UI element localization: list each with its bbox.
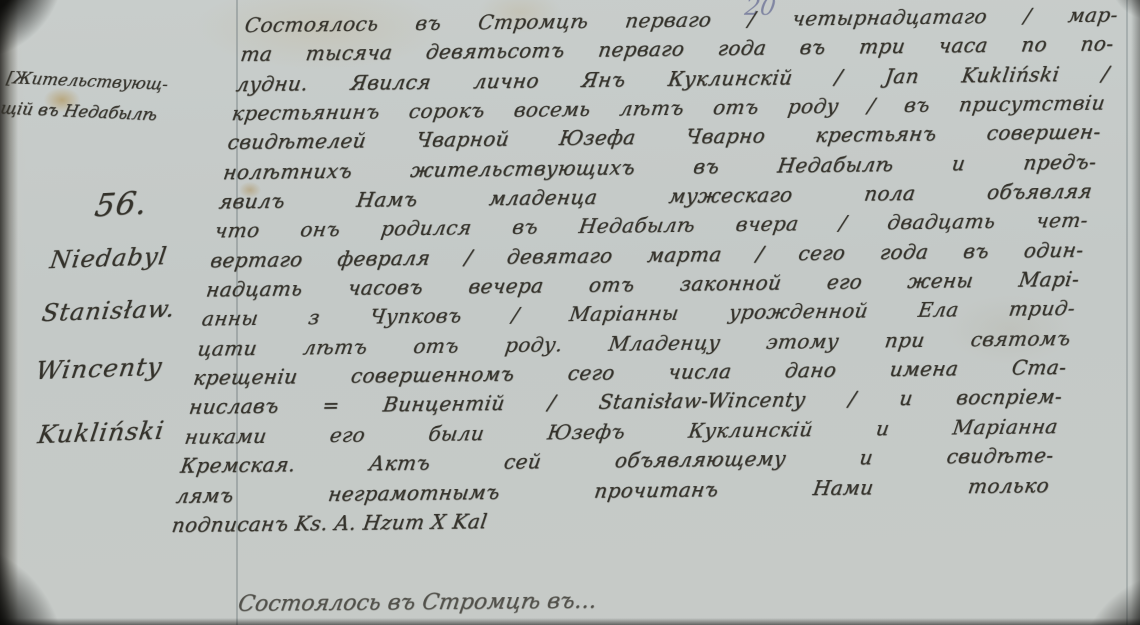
record-body-text: Состоялось въ Стромцѣ перваго / четырнад… — [170, 0, 1120, 540]
margin-name-surname-place: Niedabyl — [48, 242, 169, 274]
margin-name-middle: Wincenty — [34, 352, 164, 386]
margin-name-family: Kukliński — [36, 416, 166, 450]
margin-name-first: Stanisław. — [40, 294, 177, 327]
margin-annotation: [Жительствующ- щій въ Недабылѣ — [0, 62, 240, 134]
right-column-rule — [1126, 0, 1128, 625]
document-scan: { "page": { "pencil_page_number": "20", … — [0, 0, 1140, 625]
record-number: 56. — [92, 185, 150, 224]
